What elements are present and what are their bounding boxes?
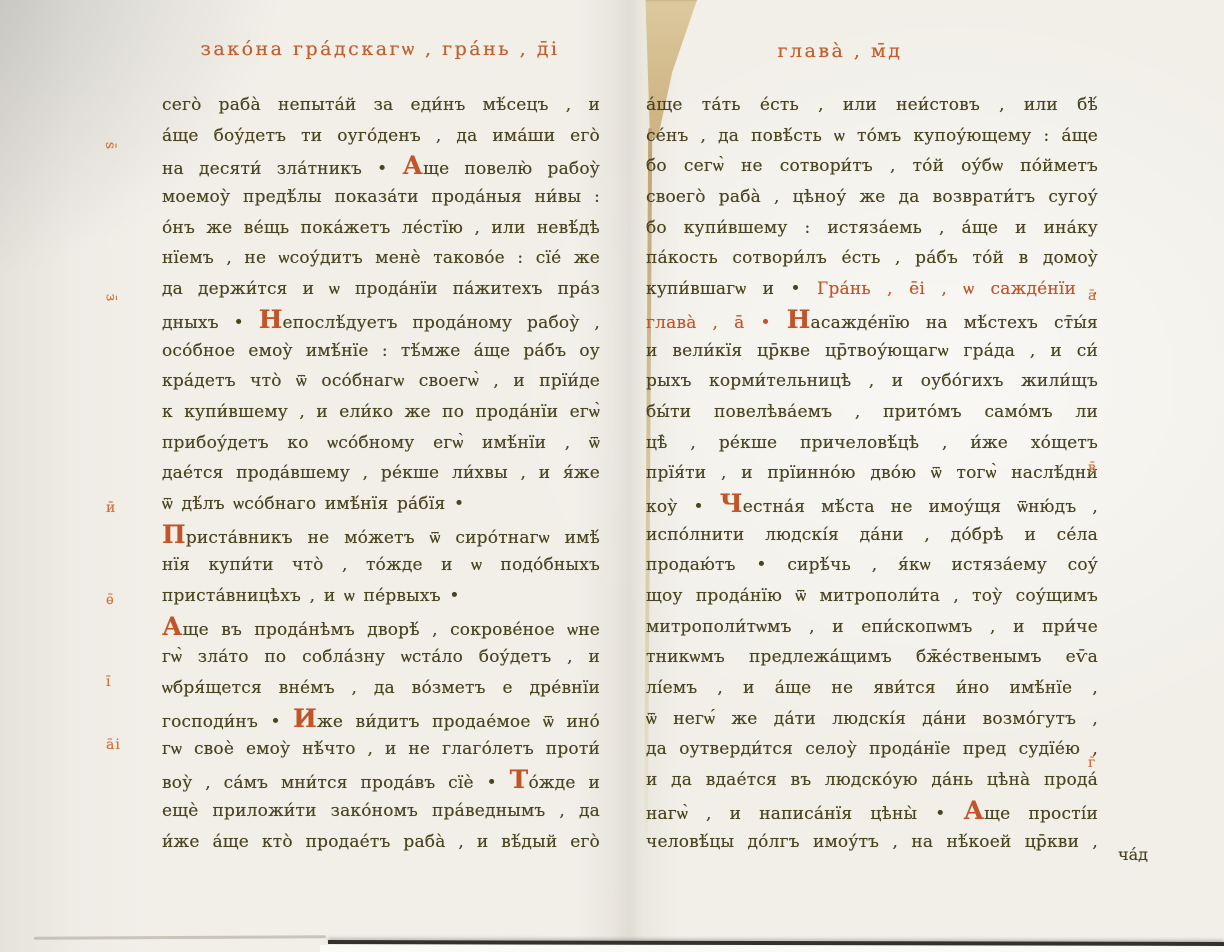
text-line: ещѐ приложи́ти зако́номъ пра́веднымъ , д… [162, 796, 600, 827]
text-line: и вели́кїя цр̄кве цр̄твоу́ющагѡ гра́да ,… [646, 336, 1098, 367]
rubricated-initial: Ч [720, 489, 743, 518]
text-line: Приста́вникъ не мо́жетъ ѿ сиро́тнагѡ имѣ… [162, 520, 600, 551]
text-line: о́нъ же ве́щь пока́жетъ ле́стїю , или не… [162, 213, 600, 244]
text-line: щоу прода́нїю ѿ митрополи́та , тоу̀ соу́… [646, 581, 1098, 612]
text-line: ѿ дѣ́лъ ѡсо́бнаго имѣ́нїя ра́бїя • [162, 489, 600, 520]
text-line: кра́детъ что̀ ѿ осо́бнагѡ своегѡ̀ , и пр… [162, 366, 600, 397]
text-line: испо́лнити людскі́я да́ни , до́брѣ и се́… [646, 520, 1098, 551]
text-line: бо купи́вшему : истяза́емь , а́ще и ина́… [646, 213, 1098, 244]
left-page-text: сего̀ раба̀ непыта́й за еди́нъ мѣ́сецъ ,… [162, 90, 600, 857]
text-line: дныхъ • Непослѣ́дуетъ прода́ному рабоу̀ … [162, 305, 600, 336]
right-margin-numbers: а̄в̄г̄ [1086, 0, 1116, 952]
left-margin-numbers: ѕ̄з̄ӣѳ̄і̄а̄і [104, 0, 134, 952]
margin-chapter-number: г̄ [1088, 755, 1096, 771]
text-line: па́кость сотвори́лъ е́сть , ра́бъ то́й в… [646, 243, 1098, 274]
text-line: прїя́ти , и прїинно́ю дво́ю ѿ тогѡ̀ насл… [646, 458, 1098, 489]
text-line: да держи́тся и ѡ прода́нїи па́житехъ пра… [162, 274, 600, 305]
text-line: и да вдае́тся въ людско́ую да́нь цѣна̀ п… [646, 765, 1098, 796]
text-line: моемоу̀ предѣ́лы показа́ти прода́ныя ни́… [162, 182, 600, 213]
text-line: продаю́тъ • сирѣ́чь , я́кѡ истяза́ему со… [646, 550, 1098, 581]
text-line: на десяти́ зла́тникъ • Аще повелю̀ рабоу… [162, 151, 600, 182]
margin-chapter-number: ѕ̄ [102, 142, 118, 150]
margin-chapter-number: а̄ [1088, 288, 1097, 304]
text-line: осо́бное емоу̀ имѣ́нїе : тѣ́мже а́ще ра́… [162, 336, 600, 367]
margin-chapter-number: в̄ [1088, 460, 1097, 476]
text-line: Аще въ прода́нѣмъ дворѣ́ , сокрове́ное ѡ… [162, 612, 600, 643]
rubricated-initial: И [293, 704, 317, 733]
rubricated-initial: А [403, 151, 424, 180]
right-page-text: а́ще та́ть е́сть , или неи́стовъ , или б… [646, 90, 1098, 857]
text-line: к купи́вшему , и ели́ко же по прода́нїи … [162, 397, 600, 428]
text-line: и́же а́ще кто̀ продае́тъ раба̀ , и вѣ́ды… [162, 827, 600, 858]
text-line: воу̀ , са́мъ мни́тся прода́въ сїѐ • То́ж… [162, 765, 600, 796]
text-line: нагѡ̀ , и написа́нїя цѣны̀ • Аще прості́… [646, 796, 1098, 827]
rubricated-initial: А [162, 612, 183, 641]
rubricated-initial: Н [259, 305, 283, 334]
margin-chapter-number: ӣ [106, 500, 116, 516]
rubricated-initial: П [162, 520, 186, 549]
rubricated-initial: А [964, 796, 985, 825]
rubricated-initial: Т [510, 765, 529, 794]
margin-chapter-number: з̄ [102, 294, 118, 303]
text-line: купи́вшагѡ и • Гра́нь , е̄і , ѡ сажде́нї… [646, 274, 1098, 305]
text-line: господи́нъ • Иже ви́дитъ продае́мое ѿ ин… [162, 704, 600, 735]
text-line: да оутверди́тся селоу̀ прода́нїе пред су… [646, 734, 1098, 765]
text-line: рыхъ корми́тельницѣ , и оубо́гихъ жили́щ… [646, 366, 1098, 397]
margin-chapter-number: а̄і [106, 737, 121, 753]
text-line: бы́ти повелѣва́емъ , прито́мъ само́мъ ли [646, 397, 1098, 428]
text-line: тникѡмъ предлежа́щимъ бж̄е́ственымъ еѵ̄а [646, 642, 1098, 673]
text-line: прибоу́детъ ко ѡсо́бному егѡ̀ имѣ́нїи , … [162, 428, 600, 459]
text-line: коу̀ • Честна́я мѣ́ста не имоу́щя ѿню́дъ… [646, 489, 1098, 520]
right-running-header: глава̀ , м̄д [650, 40, 1030, 62]
text-line: своего̀ раба̀ , цѣноу́ же да возврати́тъ… [646, 182, 1098, 213]
text-line: человѣ́цы до́лгъ имоу́тъ , на нѣ́коей цр… [646, 827, 1098, 858]
margin-chapter-number: і̄ [106, 674, 111, 690]
book-scan: зако́на гра́дскагѡ , гра́нь , д̄і глава̀… [0, 0, 1224, 952]
text-line: сего̀ раба̀ непыта́й за еди́нъ мѣ́сецъ ,… [162, 90, 600, 121]
text-line: приста́вницѣхъ , и ѡ пе́рвыхъ • [162, 581, 600, 612]
left-running-header: зако́на гра́дскагѡ , гра́нь , д̄і [160, 38, 600, 61]
text-line: ѡбря́щется вне́мъ , да во́зметъ е дре́вн… [162, 673, 600, 704]
margin-chapter-number: ѳ̄ [106, 592, 115, 608]
text-line: цѣ̀ , ре́кше причеловѣ́цѣ , и́же хо́щетъ [646, 428, 1098, 459]
text-line: гѡ̀ зла́то по собла́зну ѡста́ло боу́детъ… [162, 642, 600, 673]
text-line: а́ще боу́детъ ти оуго́денъ , да има́ши е… [162, 121, 600, 152]
text-line: ѿ негѡ́ же да́ти людскі́я да́ни возмо́гу… [646, 704, 1098, 735]
text-line: гѡ своѐ емоу̀ нѣ́что , и не глаго́летъ п… [162, 734, 600, 765]
text-line: а́ще та́ть е́сть , или неи́стовъ , или б… [646, 90, 1098, 121]
rubricated-initial: Н [787, 305, 811, 334]
text-line: нїя купи́ти что̀ , то́жде и ѡ подо́бныхъ [162, 550, 600, 581]
text-line: нїемъ , не ѡсоу́дитъ менѐ таково́е : сїе… [162, 243, 600, 274]
scan-background-bottom [320, 945, 1224, 952]
catchword: ча́д [1118, 845, 1148, 864]
text-line: митрополи́тѡмъ , и епи́скопѡмъ , и при́ч… [646, 612, 1098, 643]
text-line: бо сегѡ̀ не сотвори́тъ , то́й оу́бѡ по́й… [646, 151, 1098, 182]
text-line: дае́тся прода́вшему , ре́кше ли́хвы , и … [162, 458, 600, 489]
bottom-page-edge-left [34, 935, 326, 940]
text-line: лі́емъ , и а́ще не яви́тся и́но имѣ́нїе … [646, 673, 1098, 704]
text-line: се́нъ , да повѣ́сть ѡ то́мъ купоу́ющему … [646, 121, 1098, 152]
text-line: глава̀ , а̄ • Насажде́нїю на мѣ́стехъ ст… [646, 305, 1098, 336]
